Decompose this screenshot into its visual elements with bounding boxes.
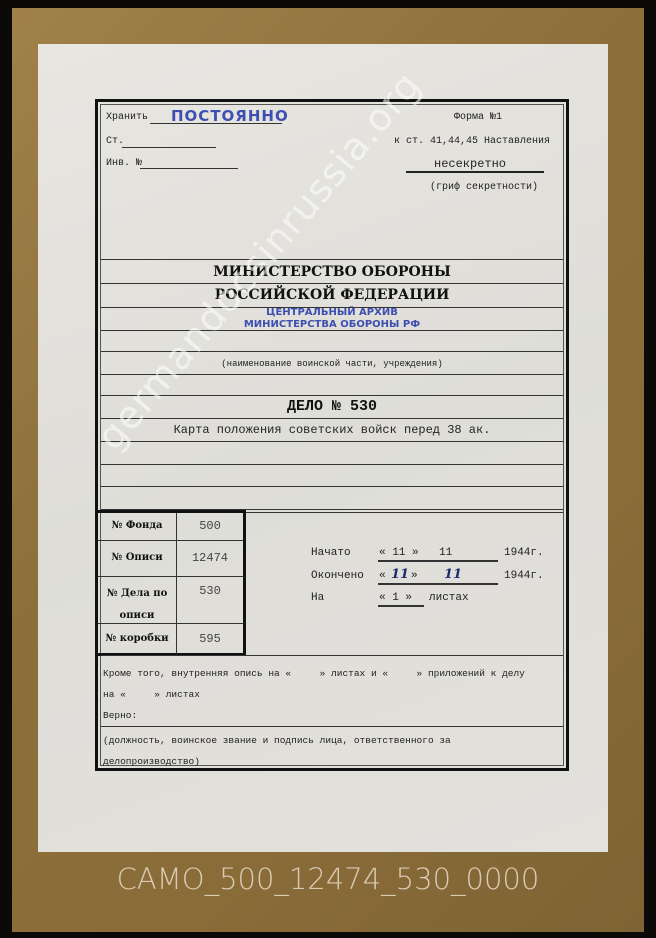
- table-row: № Описи 12474: [98, 541, 243, 577]
- keep-label: Хранить: [106, 112, 148, 123]
- ended-day-close: »: [411, 570, 418, 582]
- inventory-line-2: на « » листах: [103, 689, 200, 700]
- case-title: ДЕЛО № 530: [98, 398, 566, 415]
- sheets-underline: [378, 605, 424, 607]
- rule: [101, 330, 563, 331]
- form-label: Форма №1: [454, 112, 502, 123]
- rule: [101, 486, 563, 487]
- case-cover-form: Хранить ПОСТОЯННО Ст. Инв. № Форма №1 к …: [95, 99, 569, 771]
- box-label: № коробки: [98, 633, 176, 644]
- sheets-suffix: листах: [429, 592, 469, 604]
- classification-caption: (гриф секретности): [430, 182, 538, 193]
- rule: [101, 655, 563, 656]
- ended-day-open: «: [379, 570, 386, 582]
- unit-caption: (наименование воинской части, учреждения…: [98, 359, 566, 369]
- rule: [101, 418, 563, 419]
- rule: [101, 283, 563, 284]
- fond-value: 500: [178, 519, 242, 533]
- started-day: « 11 »: [379, 547, 419, 559]
- registry-table: № Фонда 500 № Описи 12474 № Дела по опис…: [98, 510, 246, 656]
- ended-underline: [378, 583, 498, 585]
- responsible-line-2: делопроизводство): [103, 756, 200, 767]
- archive-stamp-line-2: МИНИСТЕРСТВА ОБОРОНЫ РФ: [98, 319, 566, 330]
- sheets-count: « 1 »: [379, 592, 412, 604]
- delo-value: 530: [178, 584, 242, 598]
- table-row: № Фонда 500: [98, 513, 243, 541]
- opis-label: № Описи: [98, 552, 176, 563]
- table-row: № коробки 595: [98, 624, 243, 654]
- rule: [101, 351, 563, 352]
- inv-label: Инв. №: [106, 158, 142, 169]
- rule: [101, 464, 563, 465]
- inv-underline: [140, 168, 238, 169]
- st-underline: [122, 147, 216, 148]
- rule: [101, 374, 563, 375]
- started-year: 1944г.: [504, 547, 544, 559]
- ended-year: 1944г.: [504, 570, 544, 582]
- keep-stamp: ПОСТОЯННО: [171, 107, 289, 125]
- table-row: № Дела по описи 530: [98, 577, 243, 624]
- started-label: Начато: [311, 547, 351, 559]
- ministry-line-1: МИНИСТЕРСТВО ОБОРОНЫ: [98, 264, 566, 280]
- st-label: Ст.: [106, 136, 124, 147]
- classification-value: несекретно: [434, 157, 506, 171]
- responsible-line-1: (должность, воинское звание и подпись ли…: [103, 735, 451, 746]
- box-value: 595: [178, 632, 242, 646]
- ended-month-handwritten: 11: [444, 567, 462, 582]
- case-description: Карта положения советских войск перед 38…: [98, 423, 566, 437]
- classification-underline: [406, 171, 544, 173]
- rule: [101, 395, 563, 396]
- verified-label: Верно:: [103, 710, 137, 721]
- ministry-line-2: РОССИЙСКОЙ ФЕДЕРАЦИИ: [98, 287, 566, 303]
- ended-label: Окончено: [311, 570, 364, 582]
- instruction-reference: к ст. 41,44,45 Наставления: [394, 136, 550, 147]
- fond-label: № Фонда: [98, 520, 176, 531]
- archive-stamp-line-1: ЦЕНТРАЛЬНЫЙ АРХИВ: [98, 307, 566, 318]
- sheets-label: На: [311, 592, 324, 604]
- delo-label: № Дела по описи: [98, 583, 176, 627]
- inventory-line-1: Кроме того, внутренняя опись на « » лист…: [103, 668, 525, 679]
- rule: [246, 512, 563, 513]
- rule: [101, 726, 563, 727]
- rule: [101, 259, 563, 260]
- started-underline: [378, 560, 498, 562]
- rule: [101, 441, 563, 442]
- file-caption: CAMO_500_12474_530_0000: [12, 862, 644, 896]
- opis-value: 12474: [178, 551, 242, 565]
- started-month: 11: [439, 547, 452, 559]
- ended-day-handwritten: 11: [391, 567, 409, 582]
